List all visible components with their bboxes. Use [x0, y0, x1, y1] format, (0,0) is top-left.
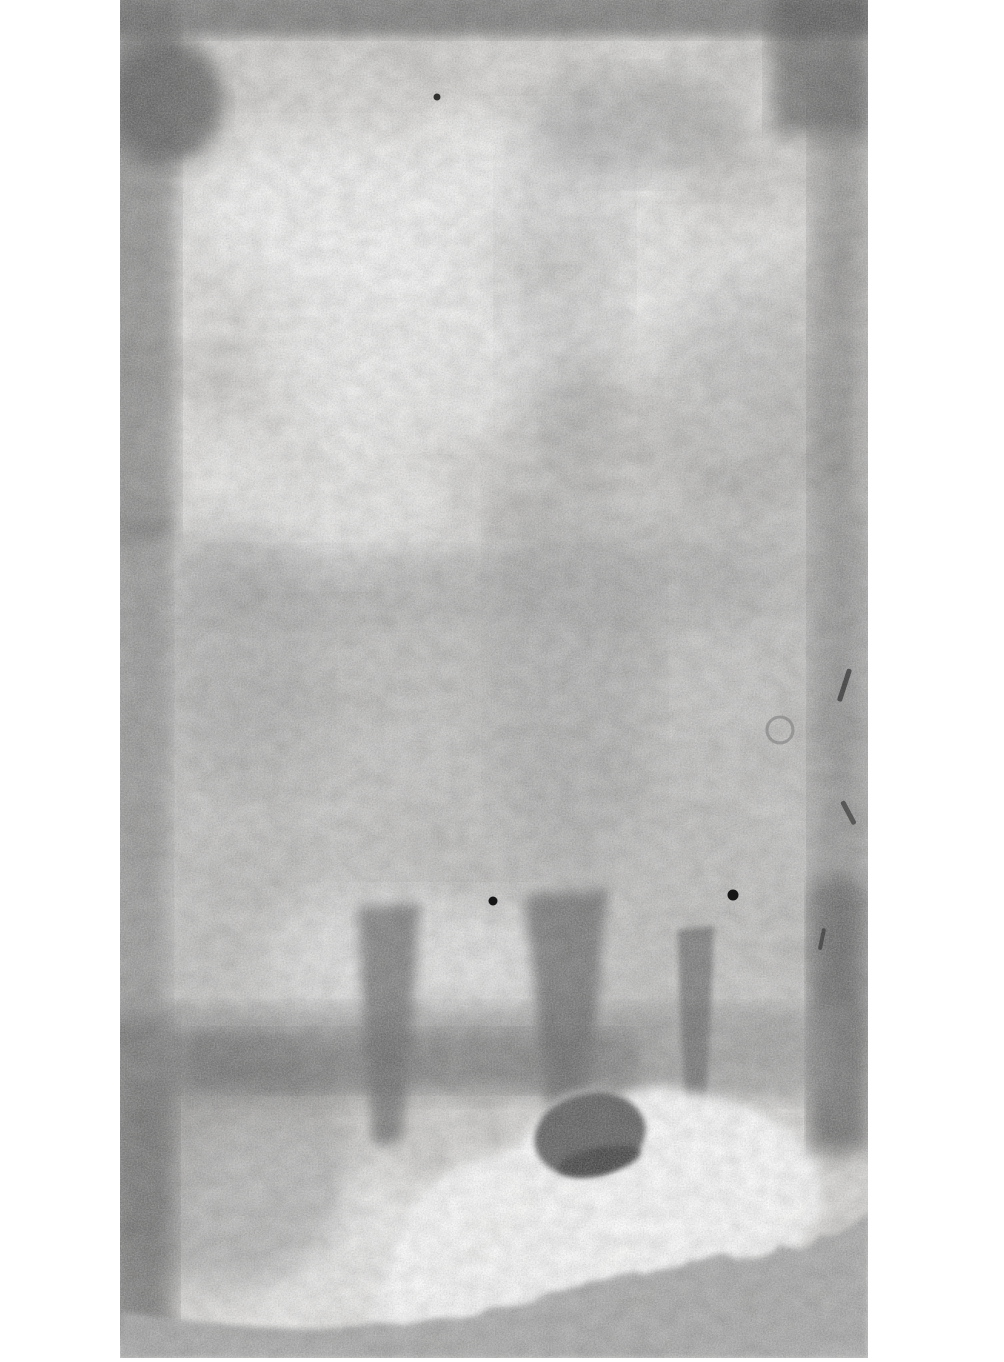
pin-hole-right	[728, 890, 739, 901]
grain-light-layer	[120, 0, 868, 1358]
pin-hole-left	[489, 897, 498, 906]
fresco-render	[120, 0, 868, 1358]
small-blemish	[434, 94, 441, 101]
fresco-photograph	[120, 0, 868, 1358]
scan-page-background	[0, 0, 1004, 1362]
